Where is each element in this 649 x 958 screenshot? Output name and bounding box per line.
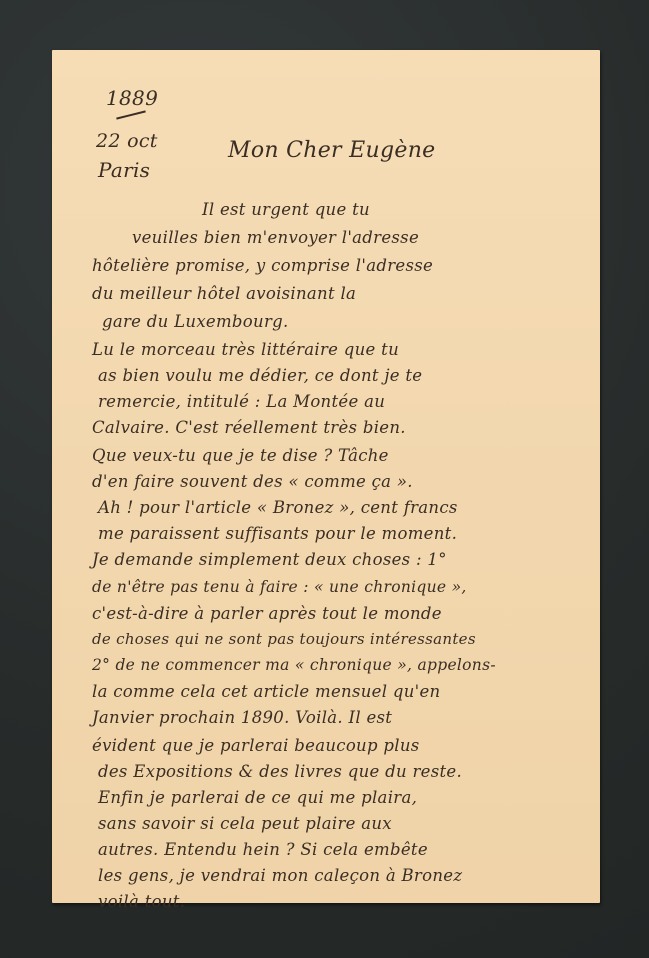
salutation: Mon Cher Eugène (228, 138, 435, 163)
body-line: Ah ! pour l'article « Bronez », cent fra… (98, 498, 458, 517)
body-line: remercie, intitulé : La Montée au (98, 392, 385, 411)
body-line: du meilleur hôtel avoisinant la (92, 284, 356, 303)
body-line: autres. Entendu hein ? Si cela embête (98, 840, 428, 859)
body-line: Janvier prochain 1890. Voilà. Il est (92, 708, 392, 727)
body-line: de choses qui ne sont pas toujours intér… (92, 630, 476, 648)
body-line: voilà tout. (98, 892, 185, 911)
body-line: veuilles bien m'envoyer l'adresse (132, 228, 419, 247)
letter-year: 1889 (106, 86, 158, 110)
body-line: me paraissent suffisants pour le moment. (98, 524, 457, 543)
body-line: des Expositions & des livres que du rest… (98, 762, 462, 781)
body-line: la comme cela cet article mensuel qu'en (92, 682, 440, 701)
body-line: c'est-à-dire à parler après tout le mond… (92, 604, 442, 623)
body-line: hôtelière promise, y comprise l'adresse (92, 256, 433, 275)
body-line: gare du Luxembourg. (102, 312, 289, 331)
body-line: d'en faire souvent des « comme ça ». (92, 472, 413, 491)
year-underline (116, 110, 146, 119)
body-line: Il est urgent que tu (202, 200, 370, 219)
body-line: de n'être pas tenu à faire : « une chron… (92, 578, 467, 596)
body-line: Enfin je parlerai de ce qui me plaira, (98, 788, 417, 807)
letter-page: 1889 22 oct Paris Mon Cher Eugène Il est… (52, 50, 600, 903)
body-line: Je demande simplement deux choses : 1° (92, 550, 447, 569)
body-line: les gens, je vendrai mon caleçon à Brone… (98, 866, 462, 885)
body-line: Lu le morceau très littéraire que tu (92, 340, 399, 359)
letter-place: Paris (98, 158, 150, 182)
body-line: 2° de ne commencer ma « chronique », app… (92, 656, 496, 674)
body-line: Que veux-tu que je te dise ? Tâche (92, 446, 389, 465)
body-line: as bien voulu me dédier, ce dont je te (98, 366, 422, 385)
body-line: Calvaire. C'est réellement très bien. (92, 418, 406, 437)
body-line: évident que je parlerai beaucoup plus (92, 736, 420, 755)
letter-date: 22 oct (96, 130, 158, 152)
body-line: sans savoir si cela peut plaire aux (98, 814, 392, 833)
